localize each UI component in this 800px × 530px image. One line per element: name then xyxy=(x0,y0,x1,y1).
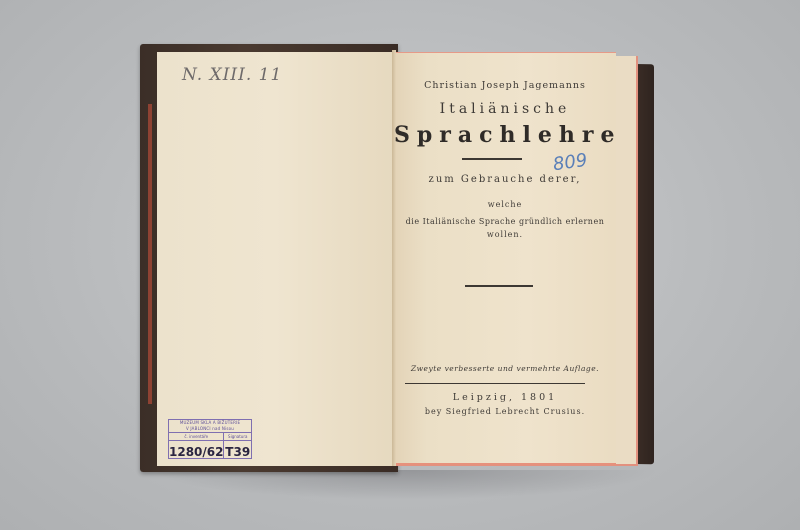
title-page-title-line2: Sprachlehre xyxy=(394,122,616,148)
title-page-subtitle-line2: welche xyxy=(394,200,616,209)
stamp-signature-label: Signatura xyxy=(224,433,251,441)
title-rule-top xyxy=(462,158,522,160)
stamp-body: č. inventáře 1280/62 Signatura T39 xyxy=(169,433,251,459)
title-page-subtitle-line4: wollen. xyxy=(394,230,616,239)
handwritten-inscription: N. XIII. 11 xyxy=(182,65,282,85)
stamp-inventory-cell: č. inventáře 1280/62 xyxy=(169,433,223,459)
title-page-printer: bey Siegfried Lebrecht Crusius. xyxy=(394,407,616,416)
museum-stamp: MUZEUM SKLA A BIŽUTERIE V JABLONCI nad N… xyxy=(168,419,252,459)
stamp-signature-value: T39 xyxy=(225,445,250,459)
title-page-subtitle-line1: zum Gebrauche derer, xyxy=(394,174,616,185)
title-rule-bottom xyxy=(405,383,585,384)
title-page-edition: Zweyte verbesserte und vermehrte Auflage… xyxy=(394,364,616,373)
stamp-signature-cell: Signatura T39 xyxy=(223,433,251,459)
title-page-author: Christian Joseph Jagemanns xyxy=(394,80,616,91)
stamp-inventory-label: č. inventáře xyxy=(169,433,223,441)
title-page-subtitle-line3: die Italiänische Sprache gründlich erler… xyxy=(394,217,616,226)
stamp-header: MUZEUM SKLA A BIŽUTERIE V JABLONCI nad N… xyxy=(169,420,251,433)
title-rule-middle xyxy=(465,285,533,287)
title-page-title-line1: Italiänische xyxy=(394,101,616,117)
left-endpaper xyxy=(157,52,393,466)
stamp-header-line2: V JABLONCI nad Nisou xyxy=(169,426,251,432)
title-page-place-year: Leipzig, 1801 xyxy=(394,392,616,403)
stamp-inventory-value: 1280/62 xyxy=(169,445,223,459)
book-shadow xyxy=(150,470,660,500)
